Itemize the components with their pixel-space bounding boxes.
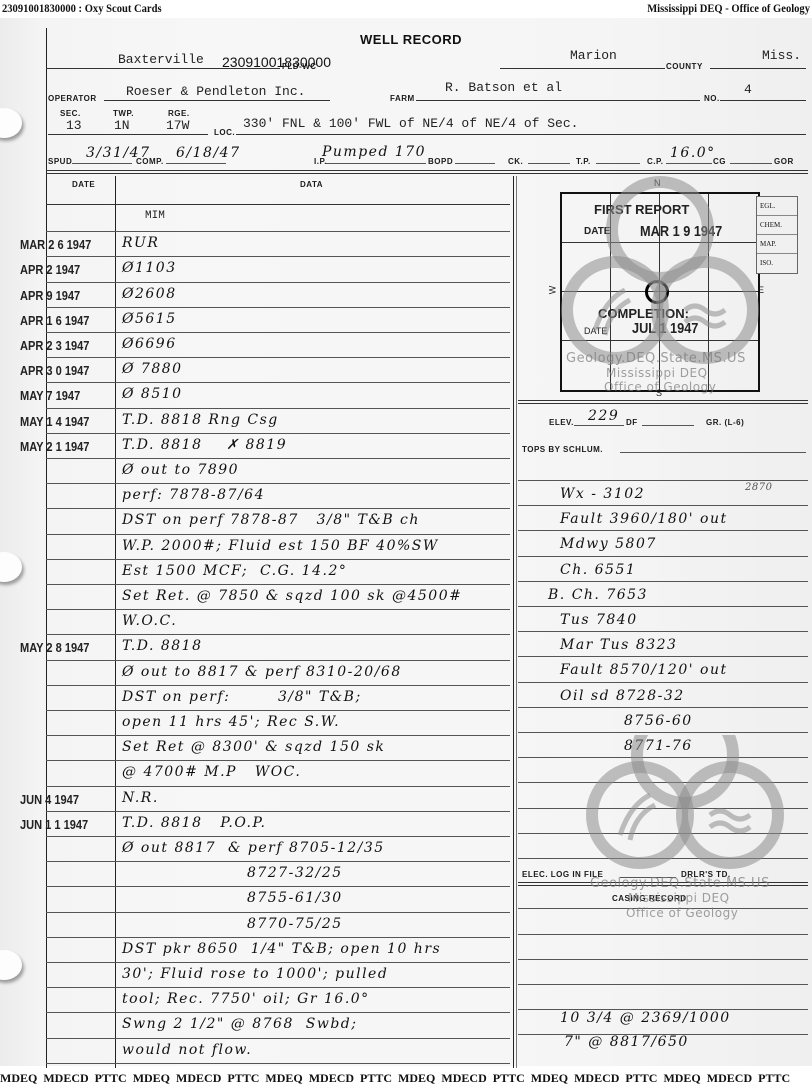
- elev-value: 229: [588, 408, 619, 424]
- log-row-rule: [46, 609, 510, 610]
- log-row-rule: [46, 508, 510, 509]
- log-row-rule: [46, 937, 510, 938]
- log-entry-data: would not flow.: [122, 1042, 252, 1058]
- header-double-line-top: [46, 170, 808, 171]
- tops-row-rule: [518, 530, 808, 531]
- ip-value: Pumped 170: [322, 144, 426, 160]
- watermark-office: Office of Geology: [626, 906, 738, 920]
- log-entry-data: Ø1103: [122, 260, 177, 276]
- footer-token: MDECD: [574, 1068, 625, 1088]
- tops-row-rule: [518, 858, 808, 859]
- log-entry-data: tool; Rec. 7750' oil; Gr 16.0°: [122, 991, 370, 1007]
- casing-entry: 10 3/4 @ 2369/1000: [560, 1010, 731, 1026]
- map-grid-line: [562, 242, 758, 243]
- approval-chem: CHEM.: [757, 216, 797, 235]
- data-right-divider: [513, 176, 514, 1068]
- location-value: 330' FNL & 100' FWL of NE/4 of NE/4 of S…: [243, 116, 578, 131]
- log-entry-date: MAY 2 1 1947: [20, 439, 89, 454]
- log-entry-data: 8755-61/30: [122, 890, 343, 906]
- log-entry-data: W.P. 2000#; Fluid est 150 BF 40%SW: [122, 538, 439, 554]
- tops-row-rule: [518, 959, 808, 960]
- tops-by-schlum-label: TOPS BY SCHLUM.: [522, 445, 603, 454]
- log-entry-date: APR 2 1947: [20, 262, 80, 277]
- formation-top-entry: 8756-60: [624, 713, 693, 729]
- log-entry-data: Ø out 8817 & perf 8705-12/35: [122, 840, 385, 856]
- footer-token: MDEQ: [663, 1068, 706, 1088]
- log-entry-data: T.D. 8818 Rng Csg: [122, 412, 279, 428]
- formation-top-entry: Wx - 3102: [560, 486, 645, 502]
- log-entry-data: N.R.: [122, 790, 159, 806]
- log-entry-data: 8727-32/25: [122, 865, 343, 881]
- footer-token: PTTC: [625, 1068, 663, 1088]
- log-row-rule: [46, 559, 510, 560]
- bopd-underline: [455, 163, 495, 164]
- formation-top-entry: Ch. 6551: [560, 562, 636, 578]
- completion-label: COMPLETION:: [598, 306, 689, 321]
- log-entry-date: JUN 4 1947: [20, 792, 79, 807]
- log-entry-data: Swng 2 1/2" @ 8768 Swbd;: [122, 1016, 357, 1032]
- log-row-rule: [46, 634, 510, 635]
- map-grid-line: [562, 340, 758, 341]
- log-entry-data: Set Ret @ 8300' & sqzd 150 sk: [122, 739, 385, 755]
- map-bottom-double-bottom: [518, 403, 808, 404]
- footer-token: MDEQ: [265, 1068, 308, 1088]
- log-row-rule: [46, 811, 510, 812]
- log-row-rule: [46, 483, 510, 484]
- log-entry-data: perf: 7878-87/64: [122, 487, 265, 503]
- log-entry-data: Ø6696: [122, 336, 177, 352]
- log-entry-data: T.D. 8818 P.O.P.: [122, 815, 267, 831]
- formation-top-entry: 8771-76: [624, 738, 693, 754]
- log-row-rule: [46, 307, 510, 308]
- log-row-rule: [46, 962, 510, 963]
- watermark-url: Geology.DEQ.State.MS.US: [566, 351, 746, 366]
- df-underline: [642, 425, 694, 426]
- rge-value: 17W: [166, 118, 189, 133]
- log-entry-data: Est 1500 MCF; C.G. 14.2°: [122, 563, 347, 579]
- sec-twp-rge-underline: [48, 134, 208, 135]
- log-entry-data: Ø out to 7890: [122, 462, 239, 478]
- spud-label: SPUD: [48, 157, 72, 166]
- ip-underline: [326, 163, 426, 164]
- completion-date-label: DATE: [584, 326, 607, 336]
- date-column-header: DATE: [72, 180, 95, 189]
- tops-row-rule: [518, 631, 808, 632]
- footer-token: MDECD: [309, 1068, 360, 1088]
- sec-value: 13: [66, 118, 82, 133]
- field-name: Baxterville: [118, 52, 204, 67]
- state-underline: [710, 68, 806, 69]
- data-right-divider-double: [516, 176, 517, 1068]
- tp-label: T.P.: [576, 157, 591, 166]
- cg-underline: [730, 163, 772, 164]
- log-entry-data: MIM: [145, 210, 165, 222]
- tops-row-rule: [518, 833, 808, 834]
- footer-token: PTTC: [95, 1068, 133, 1088]
- log-row-rule: [46, 256, 510, 257]
- log-row-rule: [46, 382, 510, 383]
- log-entry-data: T.D. 8818: [122, 638, 203, 654]
- loc-label: LOC.: [214, 128, 235, 137]
- farm-value: R. Batson et al: [445, 80, 562, 95]
- log-row-rule: [46, 660, 510, 661]
- document-caption-bar: 23091001830000 : Oxy Scout Cards Mississ…: [0, 0, 812, 18]
- footer-token: PTTC: [360, 1068, 398, 1088]
- log-entry-data: DST on perf: 3/8" T&B;: [122, 689, 362, 705]
- footer-strip: MDEQ MDECD PTTC MDEQ MDECD PTTC MDEQ MDE…: [0, 1068, 812, 1088]
- formation-top-entry: Oil sd 8728-32: [560, 688, 685, 704]
- api-number: 23091001830000: [222, 54, 331, 70]
- log-entry-date: APR 2 3 1947: [20, 338, 89, 353]
- elev-underline: [574, 425, 624, 426]
- operator-value: Roeser & Pendleton Inc.: [126, 84, 305, 99]
- tops-row-rule: [518, 606, 808, 607]
- completion-date: JUL 1 1947: [632, 320, 698, 337]
- footer-token: PTTC: [758, 1068, 796, 1088]
- comp-date: 6/18/47: [176, 145, 240, 161]
- log-row-rule: [46, 584, 510, 585]
- log-entry-data: 30'; Fluid rose to 1000'; pulled: [122, 966, 388, 982]
- form-title: WELL RECORD: [360, 32, 462, 47]
- footer-token: MDECD: [441, 1068, 492, 1088]
- log-entry-data: open 11 hrs 45'; Rec S.W.: [122, 714, 340, 730]
- log-row-rule: [46, 760, 510, 761]
- tops-row-rule: [518, 732, 808, 733]
- document-id-caption: 23091001830000 : Oxy Scout Cards: [2, 0, 162, 17]
- gor-label: GOR: [774, 157, 794, 166]
- comp-underline: [166, 163, 226, 164]
- footer-token: PTTC: [493, 1068, 531, 1088]
- operator-label: OPERATOR: [48, 94, 97, 103]
- log-entry-data: Ø out to 8817 & perf 8310-20/68: [122, 664, 402, 680]
- df-label: DF: [626, 418, 638, 427]
- loc-underline: [236, 134, 806, 135]
- twp-label: TWP.: [113, 109, 134, 118]
- log-row-rule: [46, 332, 510, 333]
- log-entry-data: T.D. 8818 ✗ 8819: [122, 437, 287, 453]
- log-row-rule: [46, 685, 510, 686]
- tops-note: 2870: [745, 482, 772, 493]
- log-entry-date: APR 1 6 1947: [20, 313, 89, 328]
- formation-top-entry: B. Ch. 7653: [548, 587, 648, 603]
- log-row-rule: [46, 710, 510, 711]
- approval-stamp-box: EGL. CHEM. MAP. ISO.: [756, 196, 798, 274]
- watermark-agency: Mississippi DEQ: [606, 366, 708, 380]
- log-entry-data: Set Ret. @ 7850 & sqzd 100 sk @4500#: [122, 588, 462, 604]
- cp-value: 16.0°: [670, 145, 716, 161]
- well-no-value: 4: [744, 82, 752, 97]
- log-entry-data: Ø2608: [122, 286, 177, 302]
- cp-label: C.P.: [647, 157, 664, 166]
- gr-label: GR. (L-6): [706, 418, 744, 427]
- spud-underline: [72, 163, 132, 164]
- log-row-rule: [46, 433, 510, 434]
- map-bottom-double-top: [518, 400, 808, 401]
- footer-token: MDECD: [43, 1068, 94, 1088]
- approval-iso: ISO.: [757, 254, 797, 272]
- elev-label: ELEV.: [549, 418, 574, 427]
- log-entry-data: Ø5615: [122, 311, 177, 327]
- log-entry-data: @ 4700# M.P WOC.: [122, 764, 301, 780]
- tops-row-rule: [518, 581, 808, 582]
- log-entry-date: MAY 7 1947: [20, 388, 80, 403]
- formation-top-entry: Tus 7840: [560, 612, 638, 628]
- footer-token: MDECD: [707, 1068, 758, 1088]
- operator-underline: [104, 100, 330, 101]
- log-entry-data: Ø 7880: [122, 361, 183, 377]
- formation-top-entry: Fault 3960/180' out: [560, 511, 728, 527]
- bopd-label: BOPD: [428, 157, 453, 166]
- sec-label: SEC.: [60, 109, 81, 118]
- watermark-url: Geology.DEQ.State.MS.US: [590, 876, 770, 891]
- footer-token: MDEQ: [398, 1068, 441, 1088]
- tops-row-rule: [518, 808, 808, 809]
- watermark-office: Office of Geology: [604, 380, 716, 394]
- log-row-rule: [46, 912, 510, 913]
- footer-token: PTTC: [227, 1068, 265, 1088]
- watermark-agency: Mississippi DEQ: [628, 891, 730, 905]
- date-data-divider: [115, 176, 116, 1068]
- log-row-rule: [46, 861, 510, 862]
- twp-value: 1N: [114, 118, 130, 133]
- map-north-label: N: [654, 178, 661, 188]
- log-entry-date: JUN 1 1 1947: [20, 817, 88, 832]
- log-row-rule: [46, 786, 510, 787]
- formation-top-entry: Mar Tus 8323: [560, 637, 677, 653]
- well-no-label: NO.: [704, 94, 720, 103]
- log-entry-data: W.O.C.: [122, 613, 177, 629]
- log-entry-date: APR 3 0 1947: [20, 363, 89, 378]
- tp-underline: [596, 163, 640, 164]
- county-underline: [500, 68, 665, 69]
- cp-underline: [666, 163, 712, 164]
- log-entry-date: MAR 2 6 1947: [20, 237, 91, 252]
- data-column-header: DATA: [300, 180, 323, 189]
- log-row-rule: [46, 1063, 510, 1064]
- tops-row-rule: [518, 556, 808, 557]
- footer-token: MDECD: [176, 1068, 227, 1088]
- footer-token: MDEQ: [0, 1068, 43, 1088]
- approval-map: MAP.: [757, 235, 797, 254]
- first-report-date: MAR 1 9 1947: [640, 223, 722, 240]
- tops-row-rule: [518, 782, 808, 783]
- state-value: Miss.: [762, 48, 801, 63]
- log-row-rule: [46, 1038, 510, 1039]
- header-double-line-bottom: [46, 173, 808, 174]
- log-row-rule: [46, 735, 510, 736]
- log-entry-date: MAY 2 8 1947: [20, 640, 89, 655]
- log-entry-data: Ø 8510: [122, 386, 183, 402]
- agency-caption: Mississippi DEQ - Office of Geology: [647, 0, 810, 17]
- tops-row-rule: [518, 984, 808, 985]
- log-row-rule: [46, 1012, 510, 1013]
- tops-row-rule: [518, 505, 808, 506]
- formation-top-entry: Fault 8570/120' out: [560, 662, 728, 678]
- log-row-rule: [46, 458, 510, 459]
- log-row-rule: [46, 231, 510, 232]
- log-entry-data: DST on perf 7878-87 3/8" T&B ch: [122, 512, 420, 528]
- tops-row-rule: [518, 707, 808, 708]
- cg-label: CG: [713, 157, 726, 166]
- log-entry-data: DST pkr 8650 1/4" T&B; open 10 hrs: [122, 941, 441, 957]
- formation-top-entry: Mdwy 5807: [560, 536, 657, 552]
- log-row-rule: [46, 408, 510, 409]
- tops-row-rule: [518, 656, 808, 657]
- ck-underline: [528, 163, 570, 164]
- tops-row-rule: [518, 934, 808, 935]
- footer-token: MDEQ: [133, 1068, 176, 1088]
- farm-underline: [416, 100, 700, 101]
- well-no-underline: [720, 100, 806, 101]
- approval-egl: EGL.: [757, 197, 797, 216]
- tops-row-rule: [518, 480, 808, 481]
- rge-label: RGE.: [168, 109, 190, 118]
- log-entry-data: 8770-75/25: [122, 916, 343, 932]
- county-value: Marion: [570, 48, 617, 63]
- farm-label: FARM: [390, 94, 415, 103]
- log-row-rule: [46, 282, 510, 283]
- log-entry-data: RUR: [122, 235, 159, 251]
- footer-token: MDEQ: [531, 1068, 574, 1088]
- log-row-rule: [46, 534, 510, 535]
- county-label: COUNTY: [666, 62, 703, 71]
- tops-row-rule: [518, 682, 808, 683]
- tops-underline: [620, 452, 806, 453]
- log-row-rule: [46, 886, 510, 887]
- first-report-date-label: DATE: [584, 226, 610, 237]
- map-west-label: W: [547, 286, 557, 295]
- ck-label: CK.: [508, 157, 523, 166]
- first-report-label: FIRST REPORT: [594, 202, 689, 217]
- tops-row-rule: [518, 757, 808, 758]
- column-header-rule: [46, 204, 510, 205]
- log-row-rule: [46, 836, 510, 837]
- log-entry-date: MAY 1 4 1947: [20, 414, 89, 429]
- log-entry-date: APR 9 1947: [20, 288, 80, 303]
- well-location-marker-icon: [645, 280, 669, 304]
- casing-entry: 7" @ 8817/650: [564, 1034, 689, 1050]
- log-row-rule: [46, 357, 510, 358]
- comp-label: COMP.: [136, 157, 164, 166]
- log-row-rule: [46, 987, 510, 988]
